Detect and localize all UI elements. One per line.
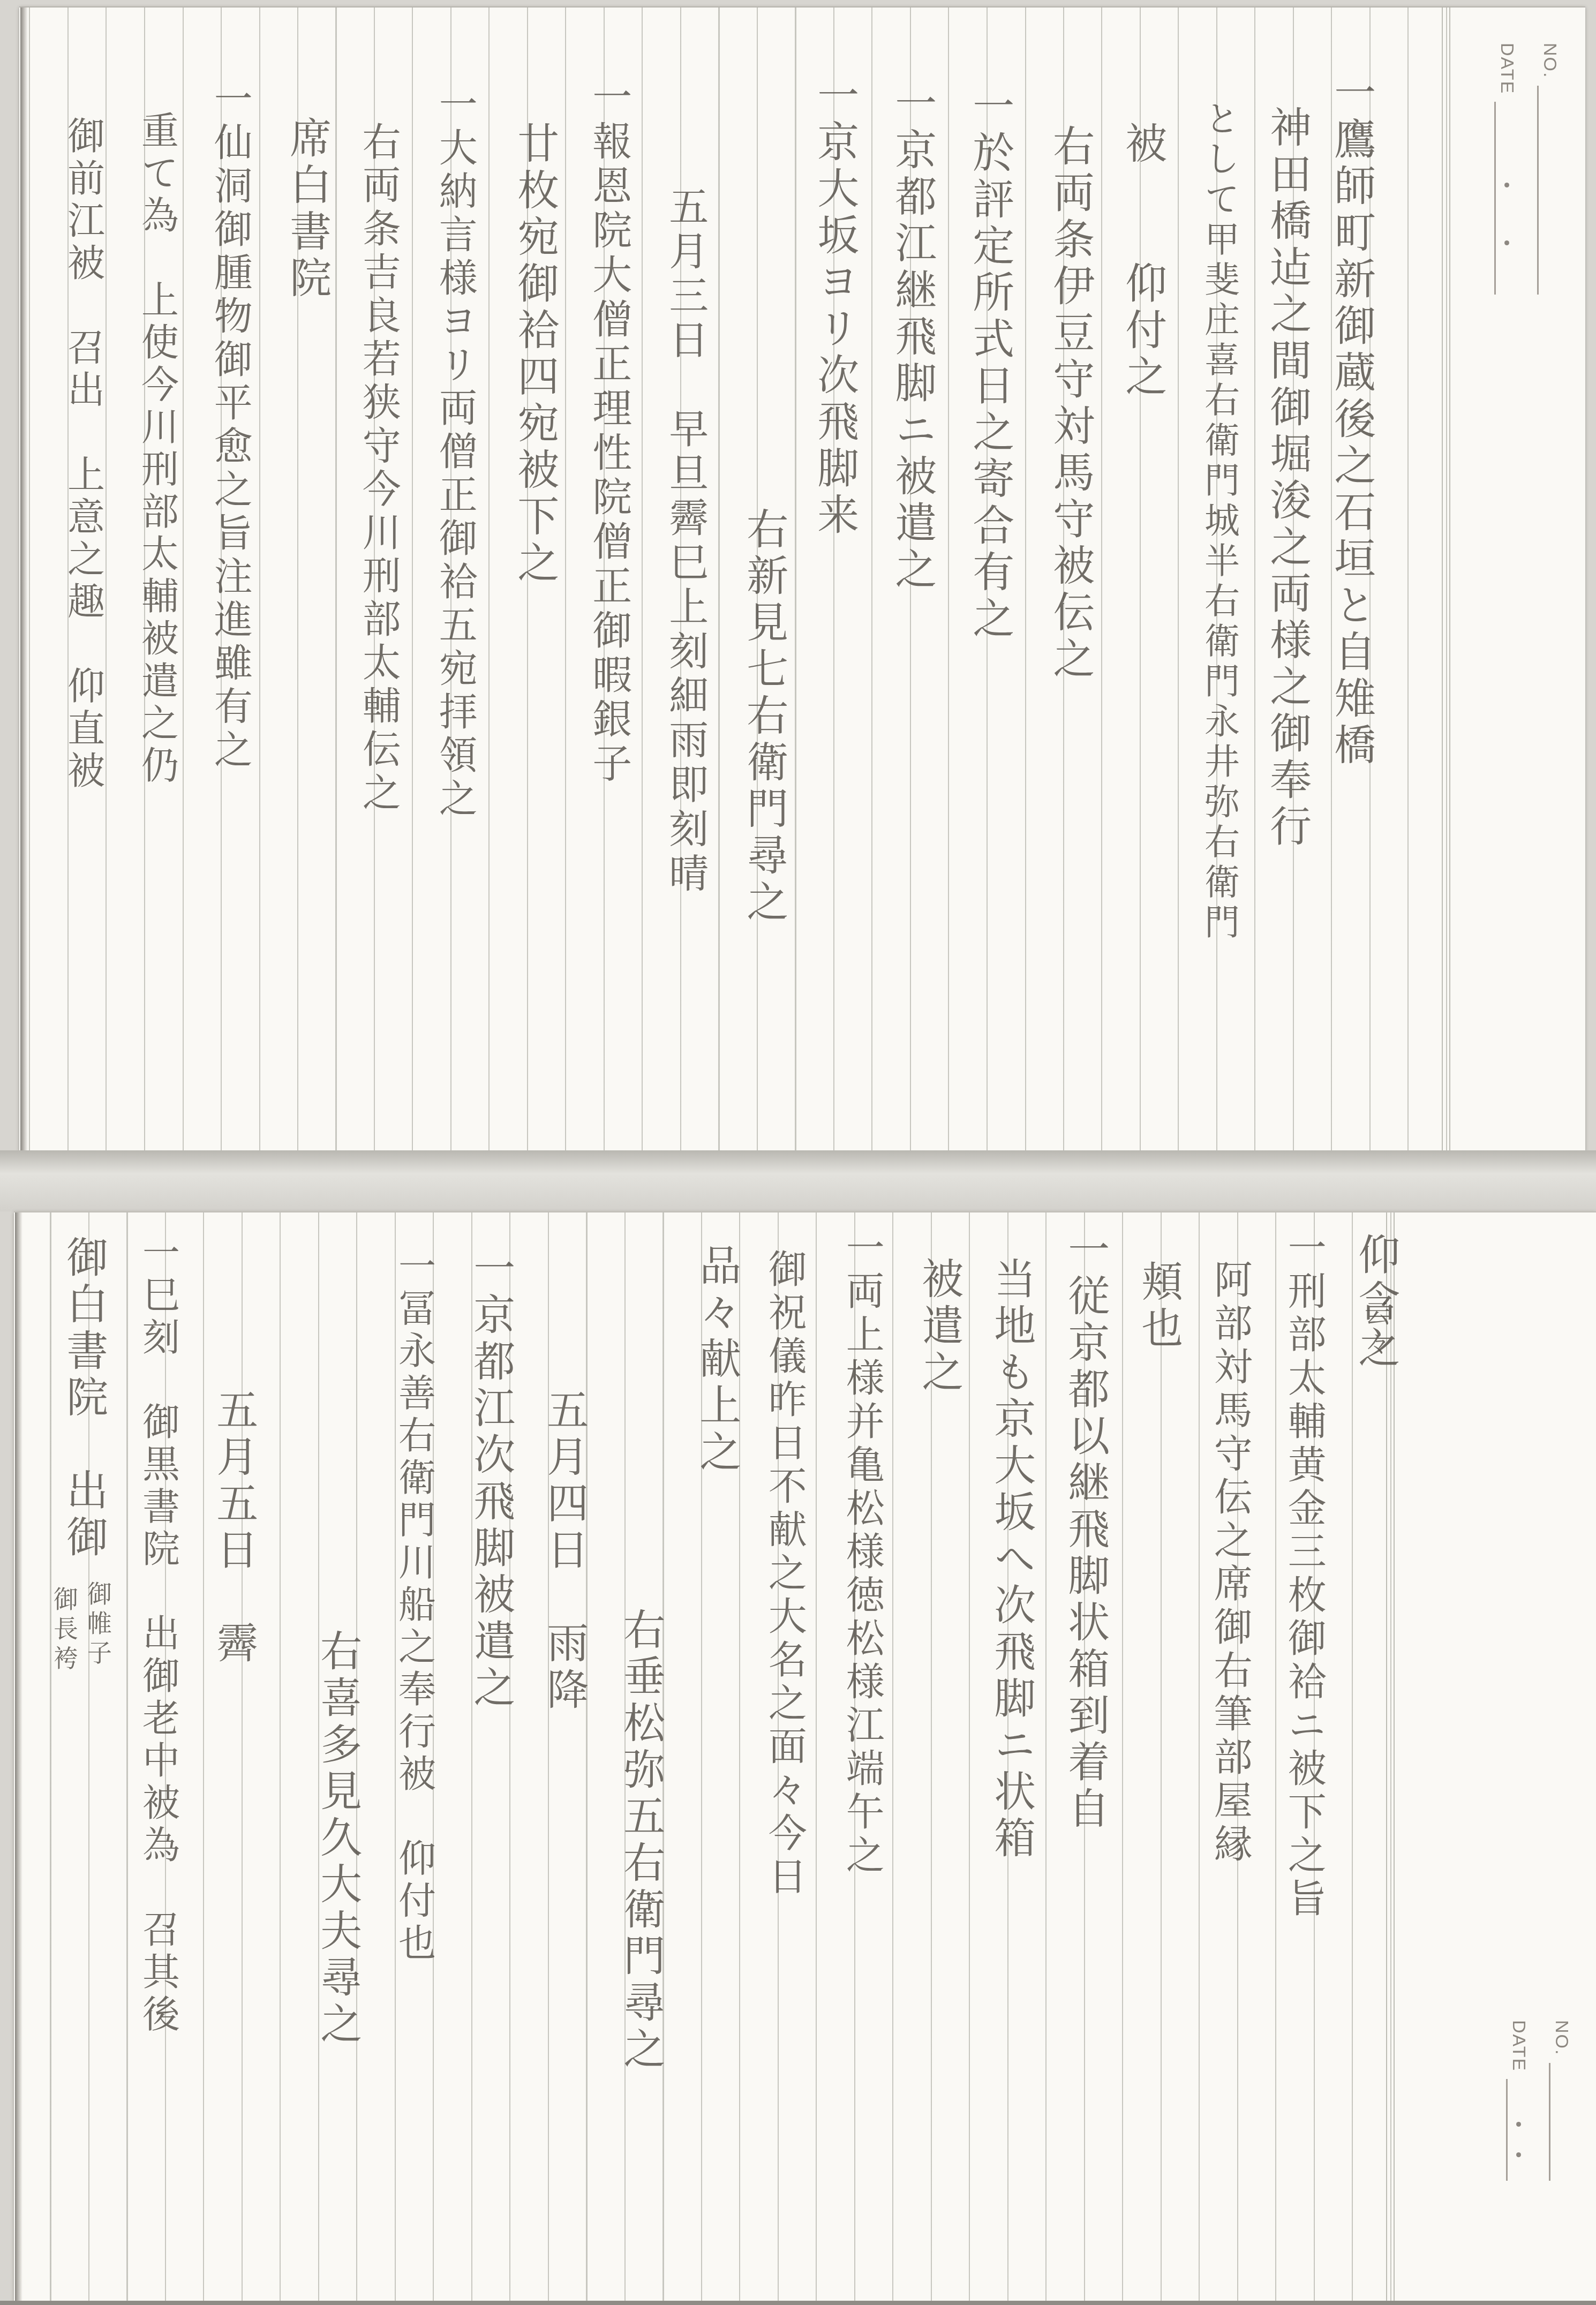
margin-rule bbox=[1442, 7, 1450, 1151]
handwriting-column: 一仙洞御腫物御平愈之旨注進雖有之 bbox=[206, 79, 253, 773]
handwriting-column: 阿部対馬守伝之席御右筆部屋縁 bbox=[1206, 1260, 1253, 1867]
date-dot bbox=[1504, 183, 1509, 187]
handwriting-column: 当地も京大坂へ次飛脚ニ状箱 bbox=[985, 1257, 1036, 1863]
handwriting-column: 一京都江次飛脚被遣之 bbox=[465, 1246, 516, 1712]
handwriting-column: 右垂松弥五右衛門尋之 bbox=[615, 1608, 666, 2074]
handwriting-column: 右喜多見久大夫尋之 bbox=[312, 1629, 363, 2048]
no-line bbox=[1549, 2063, 1593, 2181]
handwriting-column: 御白書院 出御 bbox=[58, 1236, 109, 1562]
handwriting-column: 一従京都以継飛脚状箱到着自 bbox=[1059, 1227, 1110, 1833]
handwriting-column: 一刑部太輔黄金三枚御袷ニ被下之旨 bbox=[1280, 1227, 1327, 1922]
date-line bbox=[1494, 102, 1539, 295]
handwriting-column: 重て為 上使今川刑部太輔被遣之仍 bbox=[134, 111, 179, 788]
handwriting-column: 御祝儀昨日不献之大名之面々今日 bbox=[761, 1249, 808, 1900]
handwriting-column: 御帷子 bbox=[83, 1581, 113, 1669]
handwriting-column: 品々献上之 bbox=[691, 1244, 742, 1477]
handwriting-column: 被遣之 bbox=[913, 1257, 964, 1397]
notebook-page-top: 一鷹師町新御蔵後之石垣と自雉橋神田橋迠之間御堀浚之両様之御奉行として甲斐庄喜右衛… bbox=[19, 6, 1585, 1151]
handwriting-column: 五月四日 雨降 bbox=[538, 1388, 589, 1714]
page-gap-shadow bbox=[0, 1150, 1596, 1211]
date-dot bbox=[1516, 2122, 1521, 2127]
margin-rule bbox=[1386, 1212, 1395, 2305]
date-row: DATE bbox=[1506, 2020, 1549, 2181]
notebook-page-bottom: 仰含之云々一刑部太輔黄金三枚御袷ニ被下之旨阿部対馬守伝之席御右筆部屋縁頬也一従京… bbox=[14, 1211, 1596, 2305]
no-row: NO. bbox=[1537, 43, 1580, 295]
no-row: NO. bbox=[1549, 2020, 1592, 2181]
date-label: DATE bbox=[1506, 2020, 1529, 2072]
handwriting-column: 頬也 bbox=[1133, 1260, 1184, 1353]
handwriting-column: 被 仰付之 bbox=[1117, 122, 1168, 401]
handwriting-column: 五月五日 霽 bbox=[208, 1388, 259, 1668]
handwriting-column: 右両条吉良若狭守今川刑部太輔伝之 bbox=[355, 122, 402, 816]
handwriting-column: 一京都江継飛脚ニ被遣之 bbox=[886, 81, 937, 594]
scan-bottom-edge bbox=[0, 2301, 1596, 2305]
date-line bbox=[1506, 2079, 1550, 2181]
handwriting-column: 神田橋迠之間御堀浚之両様之御奉行 bbox=[1261, 106, 1312, 851]
date-row: DATE bbox=[1494, 43, 1537, 295]
handwriting-column: 右新見七右衛門尋之 bbox=[738, 507, 789, 926]
date-dot bbox=[1516, 2152, 1521, 2157]
no-date-header-bottom: NO. DATE bbox=[1506, 2020, 1592, 2181]
no-label: NO. bbox=[1537, 43, 1560, 78]
handwriting-column: 云々 bbox=[1359, 1300, 1391, 1361]
handwriting-column: 御前江被 召出 上意之趣 仰直被 bbox=[60, 116, 106, 793]
handwriting-column: 席白書院 bbox=[281, 116, 332, 303]
handwriting-column: 一冨永善右衛門川船之奉行被 仰付也 bbox=[391, 1246, 436, 1965]
handwriting-column: 一京大坂ヨリ次飛脚来 bbox=[809, 73, 860, 539]
handwriting-column: 一報恩院大僧正理性院僧正御暇銀子 bbox=[585, 76, 633, 787]
handwriting-column: 一大納言様ヨリ両僧正御袷五宛拝領之 bbox=[431, 84, 478, 822]
handwriting-column: 一於評定所式日之寄合有之 bbox=[964, 84, 1015, 643]
handwriting-column: 一両上様并亀松様徳松様江端午之 bbox=[838, 1227, 885, 1878]
handwriting-column: 五月三日 早旦霽巳上刻細雨即刻晴 bbox=[661, 186, 710, 897]
no-label: NO. bbox=[1549, 2020, 1572, 2055]
no-date-header-top: NO. DATE bbox=[1494, 43, 1580, 295]
date-dot bbox=[1504, 240, 1509, 245]
handwriting-column: として甲斐庄喜右衛門城半右衛門永井弥右衛門 bbox=[1197, 100, 1240, 944]
handwriting-column: 廿枚宛御袷四宛被下之 bbox=[509, 122, 560, 587]
date-label: DATE bbox=[1494, 43, 1517, 94]
handwriting-column: 一鷹師町新御蔵後之石垣と自雉橋 bbox=[1326, 71, 1376, 770]
handwriting-column: 御長袴 bbox=[49, 1586, 79, 1675]
handwriting-column: 右両条伊豆守対馬守被伝之 bbox=[1044, 124, 1095, 683]
handwriting-column: 一巳刻 御黒書院 出御老中被為 召其後 bbox=[135, 1233, 180, 2037]
no-line bbox=[1537, 86, 1582, 295]
